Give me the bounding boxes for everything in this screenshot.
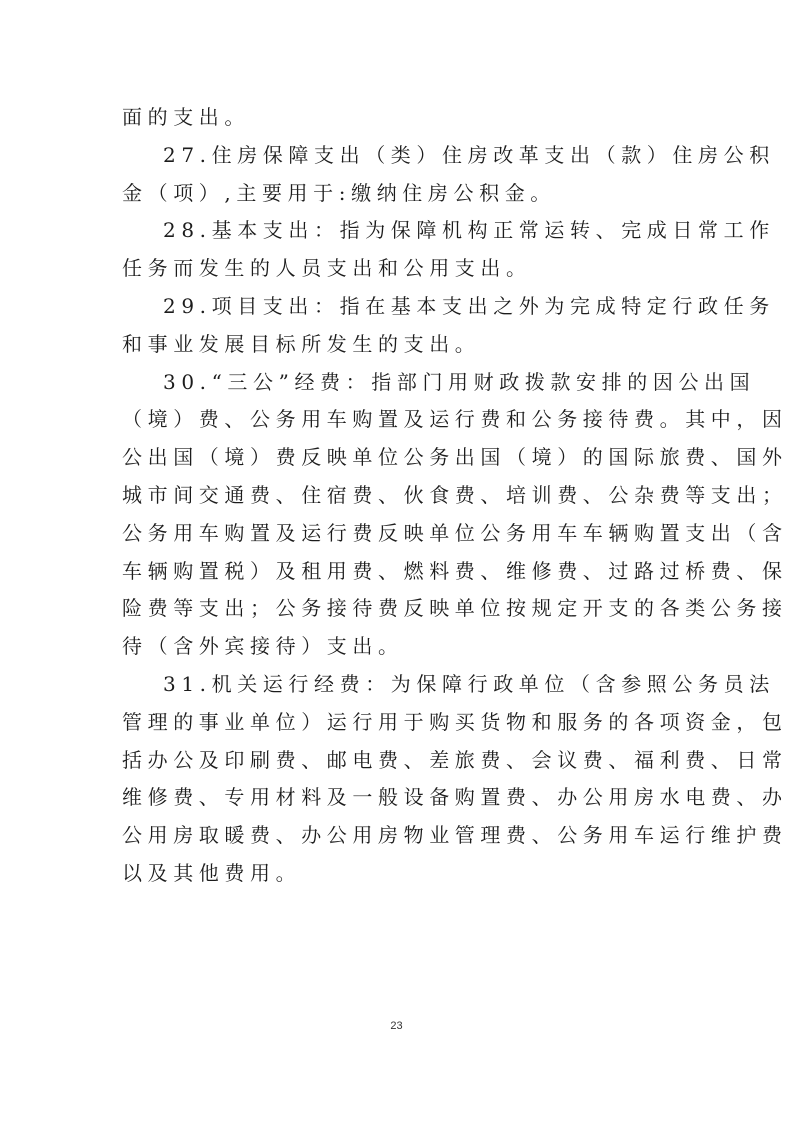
text-line: （境）费、公务用车购置及运行费和公务接待费。其中，因 <box>122 401 682 439</box>
text-line: 险费等支出；公务接待费反映单位按规定开支的各类公务接 <box>122 590 682 628</box>
text-line-item-29: 29.项目支出：指在基本支出之外为完成特定行政任务 <box>122 288 682 326</box>
text-line: 面的支出。 <box>122 99 682 137</box>
text-line: 维修费、专用材料及一般设备购置费、办公用房水电费、办 <box>122 779 682 817</box>
text-line: 以及其他费用。 <box>122 855 682 893</box>
text-line: 公出国（境）费反映单位公务出国（境）的国际旅费、国外 <box>122 439 682 477</box>
text-line: 任务而发生的人员支出和公用支出。 <box>122 250 682 288</box>
text-line: 公务用车购置及运行费反映单位公务用车车辆购置支出（含 <box>122 515 682 553</box>
text-line: 金（项）,主要用于:缴纳住房公积金。 <box>122 175 682 213</box>
text-line: 括办公及印刷费、邮电费、差旅费、会议费、福利费、日常 <box>122 742 682 780</box>
text-line-item-27: 27.住房保障支出（类）住房改革支出（款）住房公积 <box>122 137 682 175</box>
page-number: 23 <box>0 1020 793 1032</box>
text-line-item-30: 30.“三公”经费：指部门用财政拨款安排的因公出国 <box>122 364 682 402</box>
text-line: 和事业发展目标所发生的支出。 <box>122 326 682 364</box>
body-text: 面的支出。 27.住房保障支出（类）住房改革支出（款）住房公积 金（项）,主要用… <box>122 99 682 893</box>
text-line: 公用房取暖费、办公用房物业管理费、公务用车运行维护费 <box>122 817 682 855</box>
text-line: 车辆购置税）及租用费、燃料费、维修费、过路过桥费、保 <box>122 553 682 591</box>
text-line-item-31: 31.机关运行经费：为保障行政单位（含参照公务员法 <box>122 666 682 704</box>
text-line-item-28: 28.基本支出：指为保障机构正常运转、完成日常工作 <box>122 212 682 250</box>
document-page: 面的支出。 27.住房保障支出（类）住房改革支出（款）住房公积 金（项）,主要用… <box>0 0 793 1122</box>
text-line: 待（含外宾接待）支出。 <box>122 628 682 666</box>
text-line: 管理的事业单位）运行用于购买货物和服务的各项资金，包 <box>122 704 682 742</box>
text-line: 城市间交通费、住宿费、伙食费、培训费、公杂费等支出； <box>122 477 682 515</box>
